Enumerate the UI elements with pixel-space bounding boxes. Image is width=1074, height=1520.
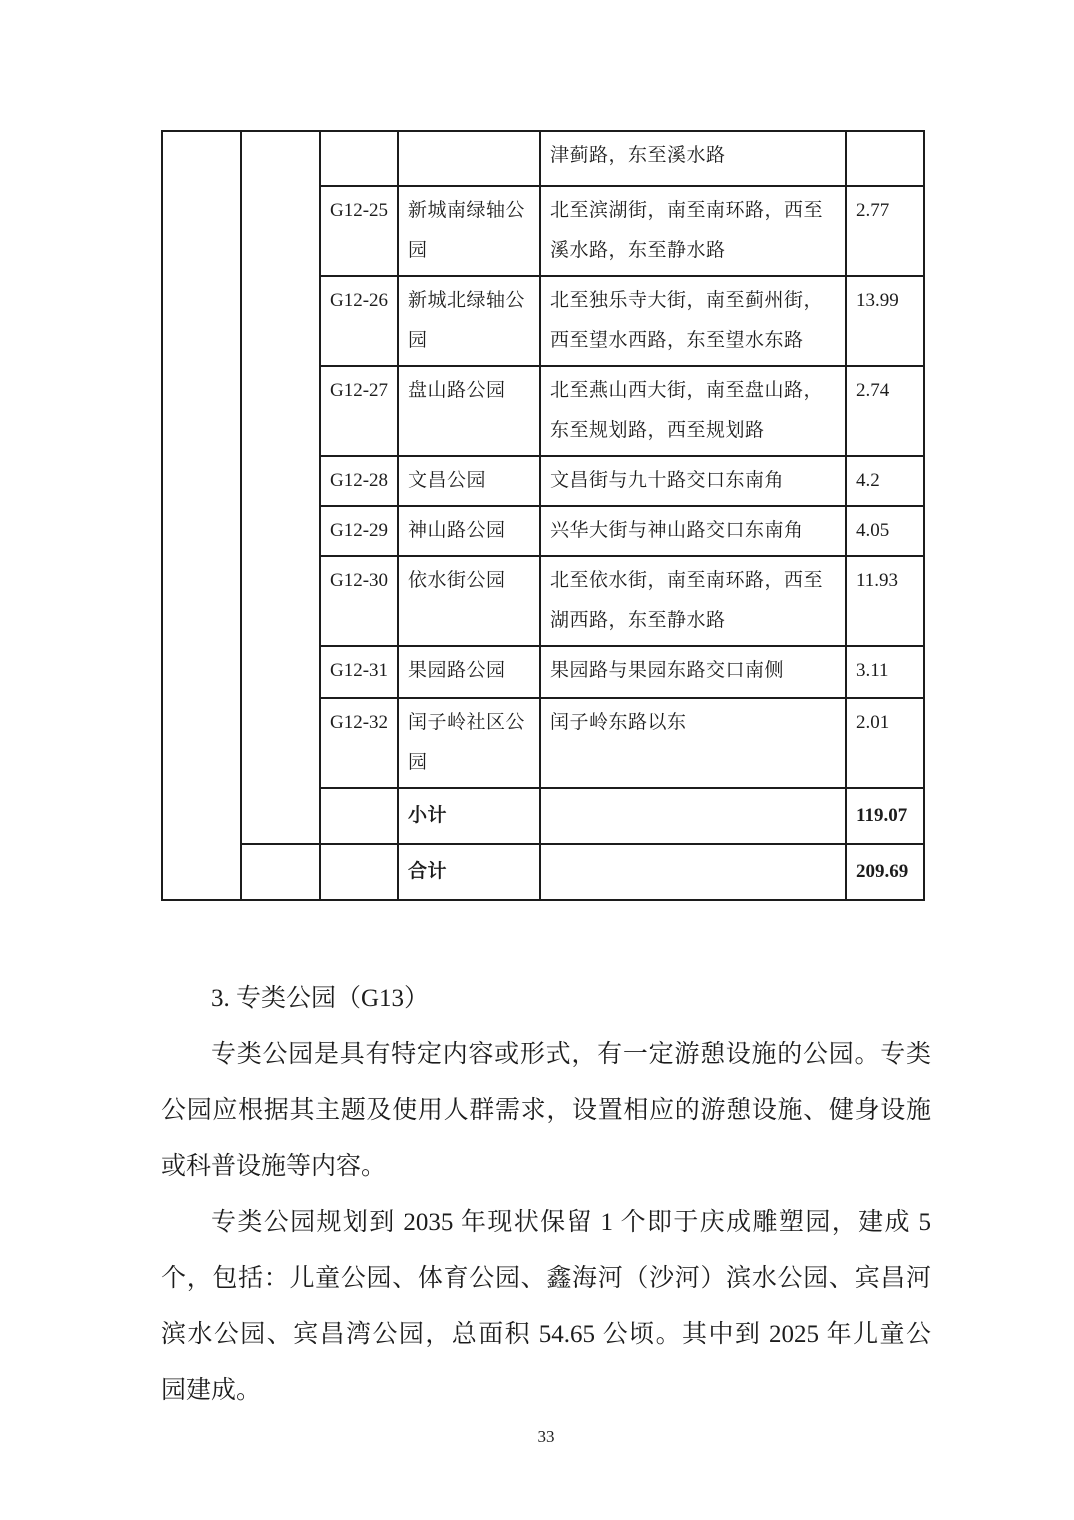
- total-label: 合计: [398, 844, 540, 900]
- table-cell-name: 闰子岭社区公园: [398, 698, 540, 788]
- table-cell-type-spanner: [241, 131, 320, 844]
- table-cell-area: 2.74: [846, 366, 924, 456]
- total-value: 209.69: [846, 844, 924, 900]
- subtotal-value: 119.07: [846, 788, 924, 844]
- table-cell-code: G12-25: [320, 186, 398, 276]
- paragraph-line: 专类公园是具有特定内容或形式，有一定游憩设施的公园。专类: [161, 1027, 931, 1083]
- paragraph-line: 滨水公园、宾昌湾公园，总面积 54.65 公顷。其中到 2025 年儿童公: [161, 1307, 931, 1363]
- table-cell-name: 果园路公园: [398, 646, 540, 698]
- paragraph-line: 个，包括：儿童公园、体育公园、鑫海河（沙河）滨水公园、宾昌河: [161, 1251, 931, 1307]
- table-cell-location: 果园路与果园东路交口南侧: [540, 646, 846, 698]
- table-cell-name: 依水街公园: [398, 556, 540, 646]
- paragraph-line: 专类公园规划到 2035 年现状保留 1 个即于庆成雕塑园，建成 5: [161, 1195, 931, 1251]
- table-cell-name: 新城南绿轴公园: [398, 186, 540, 276]
- table-cell-code: G12-26: [320, 276, 398, 366]
- table-cell-area: [846, 131, 924, 186]
- table-cell-area: 2.01: [846, 698, 924, 788]
- parks-table: 津蓟路，东至溪水路 G12-25 新城南绿轴公园 北至滨湖街，南至南环路，西至溪…: [161, 130, 925, 901]
- table-cell-area: 11.93: [846, 556, 924, 646]
- table-cell-code: G12-27: [320, 366, 398, 456]
- table-cell-location: 文昌街与九十路交口东南角: [540, 456, 846, 506]
- table-cell-name: 盘山路公园: [398, 366, 540, 456]
- table-cell-area: 4.05: [846, 506, 924, 556]
- paragraph-line: 或科普设施等内容。: [161, 1139, 931, 1195]
- table-cell-location: [540, 788, 846, 844]
- table-cell-location: 北至独乐寺大街，南至蓟州街，西至望水西路，东至望水东路: [540, 276, 846, 366]
- table-cell-code: [320, 788, 398, 844]
- table-cell-area: 4.2: [846, 456, 924, 506]
- paragraph-line: 园建成。: [161, 1363, 931, 1419]
- table-cell-area: 3.11: [846, 646, 924, 698]
- table-cell-area: 13.99: [846, 276, 924, 366]
- table-cell-code: [320, 131, 398, 186]
- table-cell-location: [540, 844, 846, 900]
- table-cell-code: G12-28: [320, 456, 398, 506]
- table-cell-code: [320, 844, 398, 900]
- table-cell-location: 津蓟路，东至溪水路: [540, 131, 846, 186]
- document-page: 津蓟路，东至溪水路 G12-25 新城南绿轴公园 北至滨湖街，南至南环路，西至溪…: [0, 0, 1074, 1520]
- table-cell-category-spanner: [162, 131, 241, 900]
- table-cell-name: [398, 131, 540, 186]
- table-cell-code: G12-29: [320, 506, 398, 556]
- table-cell-location: 北至依水街，南至南环路，西至湖西路，东至静水路: [540, 556, 846, 646]
- table-cell-name: 文昌公园: [398, 456, 540, 506]
- table-cell-code: G12-31: [320, 646, 398, 698]
- table-cell-name: 新城北绿轴公园: [398, 276, 540, 366]
- section-heading: 3. 专类公园（G13）: [161, 971, 931, 1027]
- table-row-total: 合计 209.69: [162, 844, 924, 900]
- table-cell-code: G12-32: [320, 698, 398, 788]
- table-cell-location: 北至滨湖街，南至南环路，西至溪水路，东至静水路: [540, 186, 846, 276]
- table-cell-code: G12-30: [320, 556, 398, 646]
- subtotal-label: 小计: [398, 788, 540, 844]
- table-cell-type: [241, 844, 320, 900]
- body-text: 3. 专类公园（G13） 专类公园是具有特定内容或形式，有一定游憩设施的公园。专…: [161, 971, 931, 1419]
- table-cell-location: 兴华大街与神山路交口东南角: [540, 506, 846, 556]
- table-cell-location: 北至燕山西大街，南至盘山路，东至规划路，西至规划路: [540, 366, 846, 456]
- table-cell-area: 2.77: [846, 186, 924, 276]
- page-number: 33: [161, 1425, 931, 1449]
- table-cell-location: 闰子岭东路以东: [540, 698, 846, 788]
- table-cell-name: 神山路公园: [398, 506, 540, 556]
- paragraph-line: 公园应根据其主题及使用人群需求，设置相应的游憩设施、健身设施: [161, 1083, 931, 1139]
- table-row-continuation: 津蓟路，东至溪水路: [162, 131, 924, 186]
